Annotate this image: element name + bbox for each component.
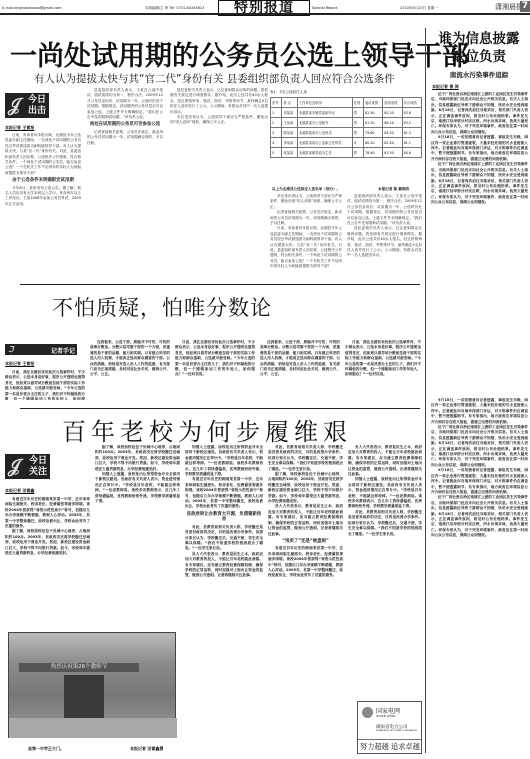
lead-subheading-2: 尚处在试用期的公务员可否参加公选	[87, 122, 163, 127]
state-grid-logo-icon	[362, 707, 373, 718]
table-row: 1刘某某北湖县某乡镇党委副书记男82.5085.2083.6	[271, 108, 422, 118]
issue-date: 2010年8月20日 星期一	[400, 6, 438, 11]
school-col-3: 知情人士透露，原校址出让所得资金并未全部用于新校区建设。县政府有关负责人表示，资…	[185, 445, 263, 755]
school-subheading-2: “甩卖了”还是“被盘剥”	[268, 539, 343, 544]
sidebar-divider	[425, 28, 426, 753]
section-divider	[20, 284, 420, 285]
badge-swirl-icon: 𝒥	[8, 95, 20, 116]
table-row: 3陈某某北湖县政府办公室科员男79.6084.5081.5	[271, 128, 422, 138]
commentary-col-5: 日前，我在北湖县采访此次公选事件时，不少群众表示，公选本身是好事，程序公开透明也…	[345, 340, 421, 400]
lead-byline: 本报记者 王雷报	[5, 125, 34, 131]
section-title-en: Special Report	[312, 6, 337, 10]
masthead: E-mail:xinghaishubao@gmail.com 本版编辑/主 审 …	[0, 0, 530, 14]
sidebar-body: 位于广西壮族自治区南流江上游的工业园区发生污染事件后，当地环保部门迟迟未向社会公…	[431, 92, 528, 392]
commentary-byline: 本报记者 王雷报	[5, 361, 34, 367]
lead-column-4: 多位受访者认为，公选领导干部应当严格条件，避免出现“因人设岗”现象，确保公平公正…	[270, 194, 342, 284]
sidebar-byline: 本报记者 曾 涛	[432, 84, 459, 90]
photo-caption: 县第一中学正大门。	[28, 746, 64, 752]
lead-column-3: 县纪委相关负责人表示，已注意到群众反映的问题，将依照有关规定进行调查核实。据介绍…	[170, 88, 268, 283]
badge-swirl-icon: 𝒥	[8, 456, 20, 477]
commentary-col-1: 日前，我在北湖县采访此次公选事件时，不少群众表示，公选本身是好事，程序公开透明也…	[5, 370, 85, 400]
table-header-row: 序号 姓 名 工作单位及职务 性别 笔试成绩 面试成绩 综合成绩	[271, 98, 422, 108]
candidate-table-block: 表1：5名公选拟任人选 序号 姓 名 工作单位及职务 性别 笔试成绩 面试成绩 …	[270, 90, 422, 158]
school-col-2: 据了解，该校原校址位于县城中心地带，占地面积约100亩。2005年，县政府决定将…	[95, 445, 180, 612]
commentary-badge: ℑ 记者手记	[5, 344, 77, 355]
newspaper-logo: 潇湘晨报	[495, 2, 523, 12]
school-col-1: 有着近百年历史的湘南某县第一中学，近年来却面临生源流失、校舍老化、经费紧张等诸多…	[5, 497, 90, 612]
commentary-col-3: 日前，我在北湖县采访此次公选事件时，不少群众表示，公选本身是好事，程序公开透明也…	[175, 340, 255, 400]
sidebar-body-continued: 9月18日，一名知情者向记者透露，事故发生当晚，园区内一家企业排污管道破裂，大量…	[431, 398, 528, 753]
table-credit: 本报记者 陈 静制表	[378, 187, 409, 192]
photo-banner: 热烈庆祝第26个教师节	[19, 663, 139, 672]
column-badge-today: 𝒥 今日 出击	[5, 93, 49, 118]
masthead-email: E-mail:xinghaishubao@gmail.com	[2, 6, 62, 10]
candidate-table: 序号 姓 名 工作单位及职务 性别 笔试成绩 面试成绩 综合成绩 1刘某某北湖县…	[270, 97, 422, 158]
badge-bottom: 出击	[28, 106, 46, 116]
commentary-col-2: 在我看来，公选干部，质疑并不可怕，可怕的是唯分数论。分数只是考察干部的一个方面，…	[90, 340, 170, 400]
table-row: 2王某某北湖县委办公室秘书男81.3086.1083.2	[271, 118, 422, 128]
table-caption: 表1：5名公选拟任人选	[270, 90, 422, 95]
badge-script-icon: ℑ	[8, 344, 14, 354]
school-col-4: 对此，县教育局相关负责人称，学校搬迁是县委县政府的决定，目的是改善办学条件。但部…	[268, 445, 343, 755]
sidebar-subhead: 南流水污染事件追踪	[430, 70, 528, 79]
photo-credit: 本报记者 田雷鑫摄	[130, 746, 163, 752]
masthead-editor: 本版编辑/主 审 Tel: 0731-84345813	[145, 6, 204, 11]
photo-gate	[64, 675, 104, 720]
lead-headline: 一尚处试用期的公务员公选上领导干部	[10, 34, 420, 73]
badge-top: 今日	[28, 95, 46, 105]
lead-column-2: 县委组织部负责人表示，王某在公选中笔试、面试成绩均为第一，程序合法。2009年1…	[87, 88, 163, 283]
ad-slogan: 努力超越 追求卓越	[360, 742, 420, 752]
school-subheading-1: 县政府转让办教育大开源，负债建新校舍	[185, 512, 263, 523]
commentary-headline: 不怕质疑，怕唯分数论	[52, 292, 272, 322]
photo-road	[9, 718, 177, 738]
table-note: 以上为北湖县公选拟任人选名单（部分）。	[272, 187, 340, 192]
table-row: 4李某某北湖县某局办公室副主任科员女80.2082.4081.1	[271, 138, 422, 148]
sidebar-headline: 谁为信息披露 缺位负责	[430, 30, 528, 66]
table-row: 5张某某北湖县某镇党政办主任男78.9083.3080.6	[271, 148, 422, 158]
section-divider-2	[20, 408, 420, 409]
school-byline: 本报记者 田雷鑫	[5, 488, 34, 494]
state-grid-ad: 国家电网 STATE GRID 湖南省电力公司 HUNAN ELECTRIC P…	[357, 701, 422, 754]
commentary-col-4: 在我看来，公选干部，质疑并不可怕，可怕的是唯分数论。分数只是考察干部的一个方面，…	[260, 340, 340, 400]
lead-column-1: 日前，有读者向本报反映，北湖县今年公选县委办副主任期间，一名尚处于试用期的公务员…	[5, 133, 81, 283]
school-headline: 百年老校为何步履维艰	[62, 412, 352, 447]
lead-column-5: 县委组织部负责人表示，王某在公选中笔试、面试成绩均为第一，程序合法。2009年1…	[347, 194, 422, 284]
masthead-rule	[0, 13, 530, 15]
column-badge-focus: 𝒥 今日 关注	[5, 454, 50, 479]
school-gate-photo: 热烈庆祝第26个教师节	[8, 632, 176, 738]
page-number: 7	[520, 1, 530, 12]
lead-subhead: 有人认为提拔太快与其“官二代”身份有关 县委组织部负责人回应符合公选条件	[34, 71, 395, 86]
lead-subheading-1: 由于公选条件未明确限定试用期	[5, 178, 81, 183]
school-col-5: 县人大代表表示，教育是民生之本，政府应加大对教育的投入，不能让百年老校就此衰落。…	[348, 445, 422, 660]
